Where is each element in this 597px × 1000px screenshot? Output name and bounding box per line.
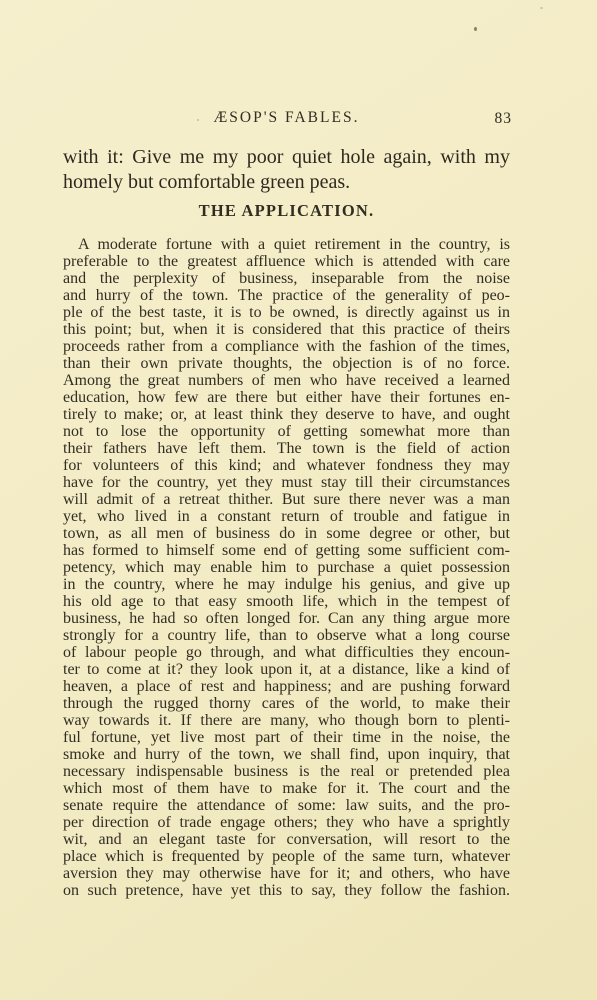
fable-ending-paragraph: with it: Give me my poor quiet hole agai… [63, 145, 510, 195]
body-line: aversion they may otherwise have for it;… [63, 865, 510, 882]
body-line: yet, who lived in a constant return of t… [63, 508, 510, 525]
body-line: for volunteers of this kind; and whateve… [63, 457, 510, 474]
scanned-book-page: ÆSOP'S FABLES. 83 with it: Give me my po… [0, 0, 597, 1000]
body-line: necessary indispensable business is the … [63, 763, 510, 780]
body-line: preferable to the greatest affluence whi… [63, 253, 510, 270]
page-number: 83 [495, 110, 513, 128]
body-line: not to lose the opportunity of getting s… [63, 423, 510, 440]
paper-speck [474, 27, 477, 31]
body-line: heaven, a place of rest and happiness; a… [63, 678, 510, 695]
body-line: business, he had so often longed for. Ca… [63, 610, 510, 627]
fable-ending-line: with it: Give me my poor quiet hole agai… [63, 145, 510, 170]
fable-ending-line: homely but comfortable green peas. [63, 170, 510, 195]
body-line: per direction of trade engage others; th… [63, 814, 510, 831]
running-title: ÆSOP'S FABLES. [214, 109, 360, 126]
body-line: ful fortune, yet live most part of their… [63, 729, 510, 746]
body-line: ter to come at it? they look upon it, at… [63, 661, 510, 678]
body-line: and hurry of the town. The practice of t… [63, 287, 510, 304]
body-line: which most of them have to make for it. … [63, 780, 510, 797]
paper-speck [540, 7, 543, 9]
application-body: A moderate fortune with a quiet retireme… [63, 236, 510, 899]
body-line: tirely to make; or, at least think they … [63, 406, 510, 423]
body-line: education, how few are there but either … [63, 389, 510, 406]
body-line: on such pretence, have yet this to say, … [63, 882, 510, 899]
body-line: smoke and hurry of the town, we shall fi… [63, 746, 510, 763]
body-line: town, as all men of business do in some … [63, 525, 510, 542]
body-line: their fathers have left them. The town i… [63, 440, 510, 457]
body-line: way towards it. If there are many, who t… [63, 712, 510, 729]
body-line: of labour people go through, and what di… [63, 644, 510, 661]
body-line: senate require the attendance of some: l… [63, 797, 510, 814]
body-line: strongly for a country life, than to obs… [63, 627, 510, 644]
body-line: than their own private thoughts, the obj… [63, 355, 510, 372]
body-line: this point; but, when it is considered t… [63, 321, 510, 338]
page-header: ÆSOP'S FABLES. [63, 109, 510, 131]
body-line: place which is frequented by people of t… [63, 848, 510, 865]
body-line: proceeds rather from a compliance with t… [63, 338, 510, 355]
section-heading: THE APPLICATION. [63, 201, 510, 221]
body-line: in the country, where he may indulge his… [63, 576, 510, 593]
body-line: has formed to himself some end of gettin… [63, 542, 510, 559]
body-line: through the rugged thorny cares of the w… [63, 695, 510, 712]
body-line: his old age to that easy smooth life, wh… [63, 593, 510, 610]
body-line: and the perplexity of business, insepara… [63, 270, 510, 287]
body-line: petency, which may enable him to purchas… [63, 559, 510, 576]
body-line: will admit of a retreat thither. But sur… [63, 491, 510, 508]
body-line: A moderate fortune with a quiet retireme… [63, 236, 510, 253]
body-line: have for the country, yet they must stay… [63, 474, 510, 491]
body-line: ple of the best taste, it is to be owned… [63, 304, 510, 321]
body-line: Among the great numbers of men who have … [63, 372, 510, 389]
body-line: wit, and an elegant taste for conversati… [63, 831, 510, 848]
